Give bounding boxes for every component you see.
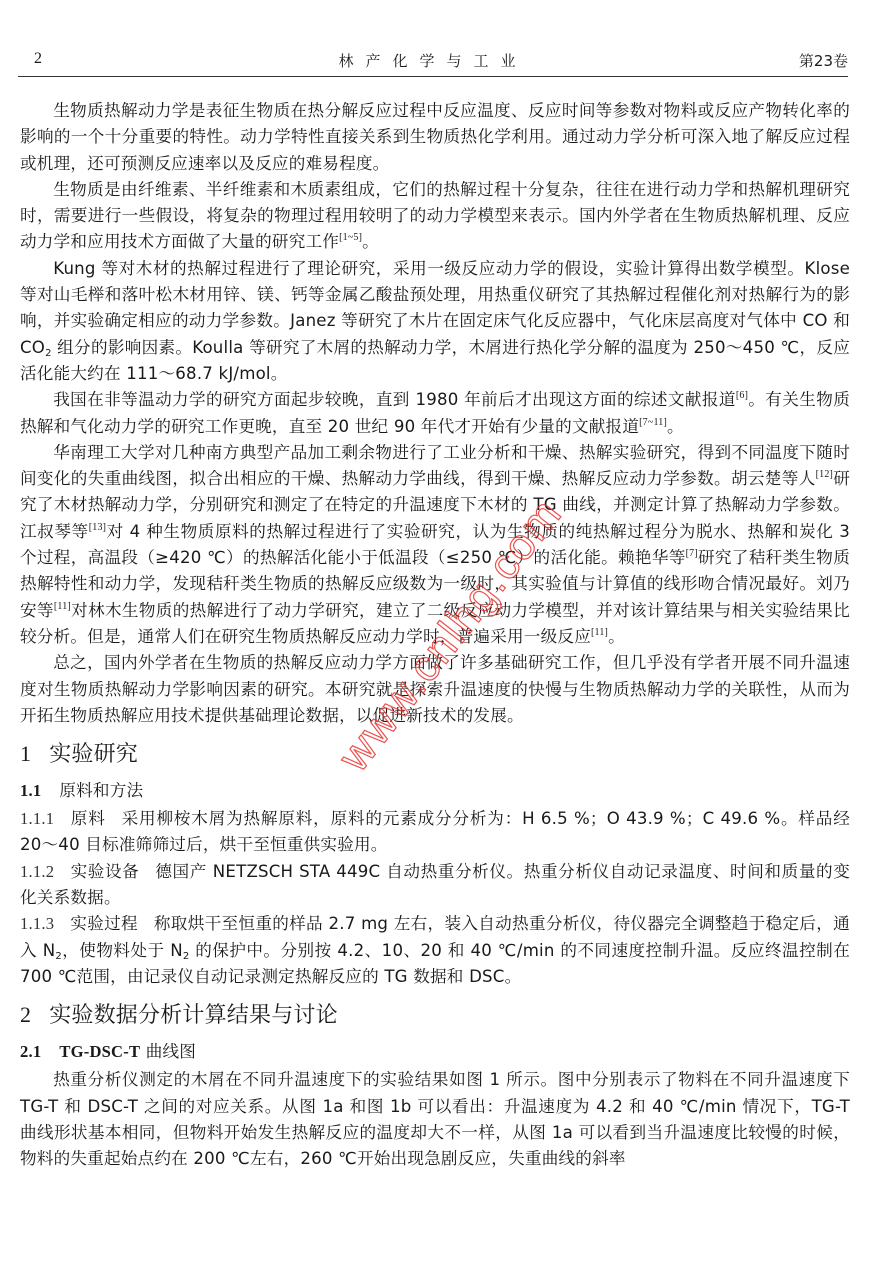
item-number: 1.1.1	[20, 809, 54, 828]
item-1-1-1: 1.1.1原料采用柳桉木屑为热解原料，原料的元素成分分析为：H 6.5 %；O …	[20, 806, 850, 859]
item-number: 1.1.2	[20, 862, 54, 881]
subsection-number: 2.1	[20, 1042, 41, 1061]
punctuation: 。	[362, 232, 379, 251]
item-title: 实验过程	[70, 914, 138, 933]
citation: [11]	[591, 627, 608, 638]
subsection-heading-1-1: 1.1原料和方法	[20, 776, 850, 806]
subsection-title: 曲线图	[140, 1042, 196, 1061]
citation: [7~11]	[639, 417, 667, 428]
volume-label: 第23卷	[799, 50, 848, 71]
item-text: ，使物料处于 N	[62, 941, 183, 960]
section-number: 2	[20, 1002, 31, 1027]
item-1-1-3: 1.1.3实验过程称取烘干至恒重的样品 2.7 mg 左右，装入自动热重分析仪，…	[20, 911, 850, 990]
citation: [7]	[686, 548, 698, 559]
paragraph-intro-1: 生物质热解动力学是表征生物质在热分解反应过程中反应温度、反应时间等参数对物料或反…	[20, 98, 850, 177]
paragraph-text: 组分的影响因素。Koulla 等研究了木屑的热解动力学，木屑进行热化学分解的温度…	[20, 338, 850, 383]
citation: [11]	[54, 601, 71, 612]
item-title: 实验设备	[70, 862, 139, 881]
paragraph-intro-4: 我国在非等温动力学的研究方面起步较晚，直到 1980 年前后才出现这方面的综述文…	[20, 387, 850, 440]
punctuation: 。	[667, 417, 684, 436]
citation: [13]	[89, 522, 106, 533]
paper-page: 2 林产化学与工业 第23卷 生物质热解动力学是表征生物质在热分解反应过程中反应…	[0, 0, 870, 1273]
punctuation: 。	[608, 627, 625, 646]
section-title: 实验数据分析计算结果与讨论	[49, 1003, 338, 1028]
item-number: 1.1.3	[20, 914, 54, 933]
section-number: 1	[20, 741, 31, 766]
subsection-number: 1.1	[20, 781, 41, 800]
item-1-1-2: 1.1.2实验设备德国产 NETZSCH STA 449C 自动热重分析仪。热重…	[20, 859, 850, 912]
paragraph-intro-3: Kung 等对木材的热解过程进行了理论研究，采用一级反应动力学的假设，实验计算得…	[20, 256, 850, 387]
running-header: 2 林产化学与工业 第23卷	[18, 50, 848, 77]
paragraph-text: 生物质是由纤维素、半纤维素和木质素组成，它们的热解过程十分复杂，往往在进行动力学…	[20, 180, 850, 252]
citation: [12]	[816, 469, 833, 480]
subsection-title: 原料和方法	[59, 781, 143, 800]
subsection-heading-2-1: 2.1TG-DSC-T 曲线图	[20, 1037, 850, 1067]
paragraph-text: 我国在非等温动力学的研究方面起步较晚，直到 1980 年前后才出现这方面的综述文…	[53, 390, 736, 409]
paragraph-2-1: 热重分析仪测定的木屑在不同升温速度下的实验结果如图 1 所示。图中分别表示了物料…	[20, 1067, 850, 1172]
item-title: 原料	[70, 809, 105, 828]
item-text: 采用柳桉木屑为热解原料，原料的元素成分分析为：H 6.5 %；O 43.9 %；…	[20, 809, 850, 854]
paragraph-intro-2: 生物质是由纤维素、半纤维素和木质素组成，它们的热解过程十分复杂，往往在进行动力学…	[20, 177, 850, 256]
section-heading-2: 2实验数据分析计算结果与讨论	[20, 996, 850, 1035]
paragraph-text: 华南理工大学对几种南方典型产品加工剩余物进行了工业分析和干燥、热解实验研究，得到…	[20, 443, 850, 488]
subsection-title-bold: TG-DSC-T	[59, 1042, 140, 1061]
item-text: 德国产 NETZSCH STA 449C 自动热重分析仪。热重分析仪自动记录温度…	[20, 862, 850, 907]
section-title: 实验研究	[49, 742, 138, 767]
citation: [1~5]	[339, 232, 362, 243]
section-heading-1: 1实验研究	[20, 735, 850, 774]
citation: [6]	[736, 390, 748, 401]
journal-title: 林产化学与工业	[18, 50, 848, 71]
